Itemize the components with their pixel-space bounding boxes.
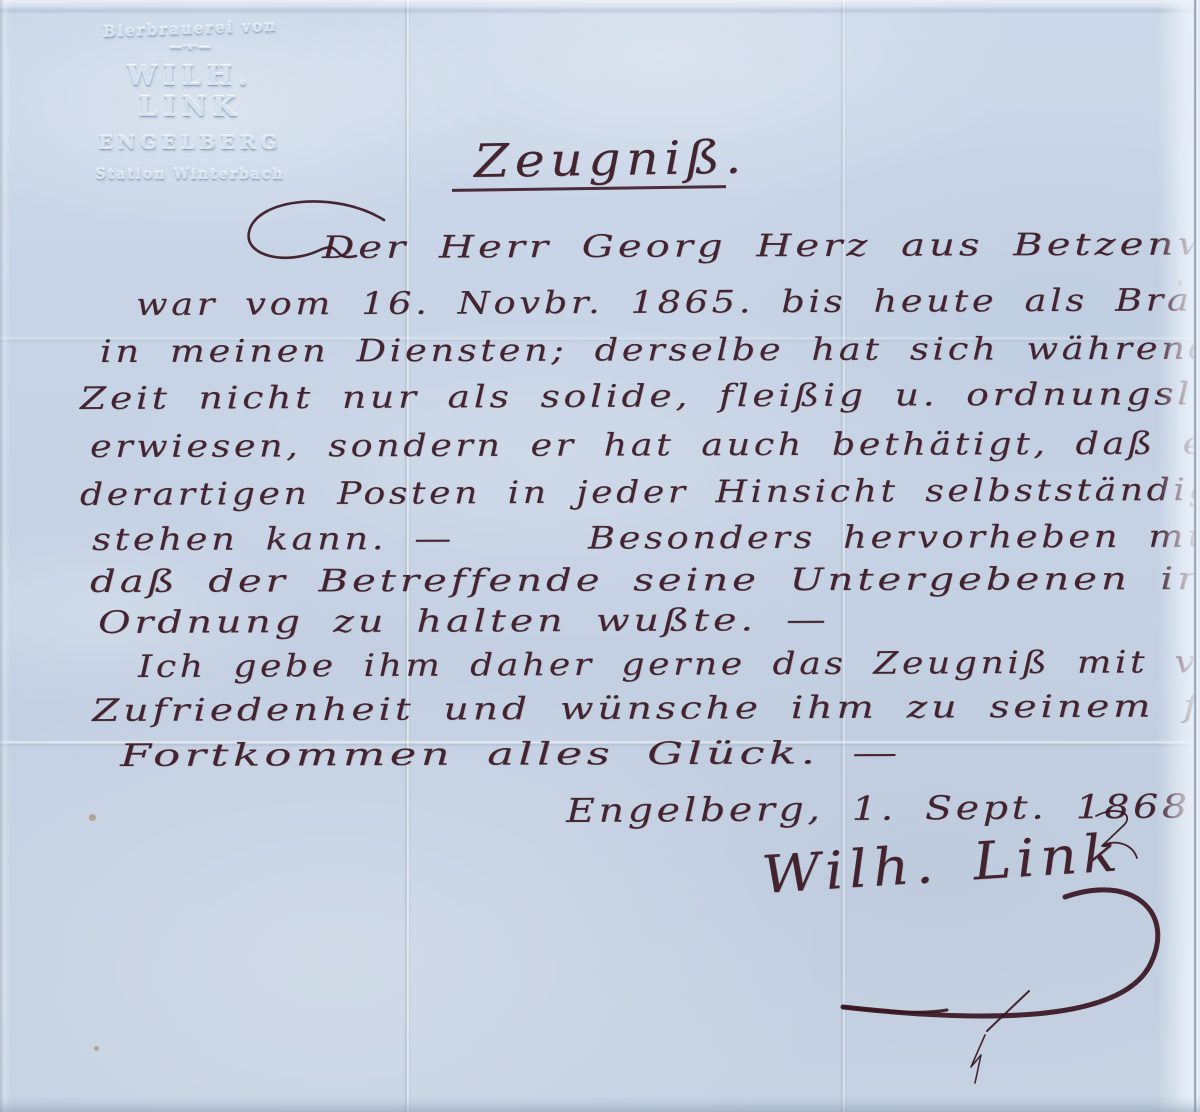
body-line: war vom 16. Novbr. 1865. bis heute als B… [136,281,1200,324]
body-line: Zufriedenheit und wünsche ihm zu seinem … [92,688,1200,731]
body-line: Ordnung zu halten wußte. — [98,602,830,642]
letterhead-name: WILH. LINK [68,61,312,123]
body-line: Der Herr Georg Herz aus Betzenweiler [322,226,1200,267]
body-line: Fortkommen alles Glück. — [120,735,902,775]
body-line: Ich gebe ihm daher gerne das Zeugniß mit… [138,644,1200,687]
body-line: derartigen Posten in jeder Hinsicht selb… [80,471,1200,514]
scanned-letter-page: Bierbrauerei von —·٭·— WILH. LINK ENGELB… [0,0,1200,1112]
letterhead-ornament: —·٭·— [68,40,312,55]
document-title: Zeugniß. [473,130,747,190]
signature: Wilh. Link [760,822,1125,907]
body-line: in meinen Diensten; derselbe hat sich wä… [100,330,1200,371]
body-line: stehen kann. —Besonders hervorheben muß … [92,518,1200,559]
foxing-spot [94,1046,99,1051]
body-line-part: stehen kann. — [92,521,455,558]
paper-edge-right [1158,0,1200,1112]
foxing-spot [89,814,96,821]
letterhead-arc-text: Bierbrauerei von [68,16,312,43]
paper-edge-top [0,0,1200,14]
body-line: daß der Betreffende seine Untergebenen i… [90,560,1200,601]
body-line: Zeit nicht nur als solide, fleißig u. or… [80,376,1200,419]
paper-edge-bottom [0,1096,1200,1112]
letterhead-station: Station Winterbach [68,167,312,183]
letterhead-place: ENGELBERG [68,132,312,154]
body-line-part: Besonders hervorheben muß ich, [588,518,1200,556]
embossed-letterhead: Bierbrauerei von —·٭·— WILH. LINK ENGELB… [68,20,312,183]
body-line: erwiesen, sondern er hat auch bethätigt,… [90,425,1200,466]
paper-edge-left [0,0,10,1112]
